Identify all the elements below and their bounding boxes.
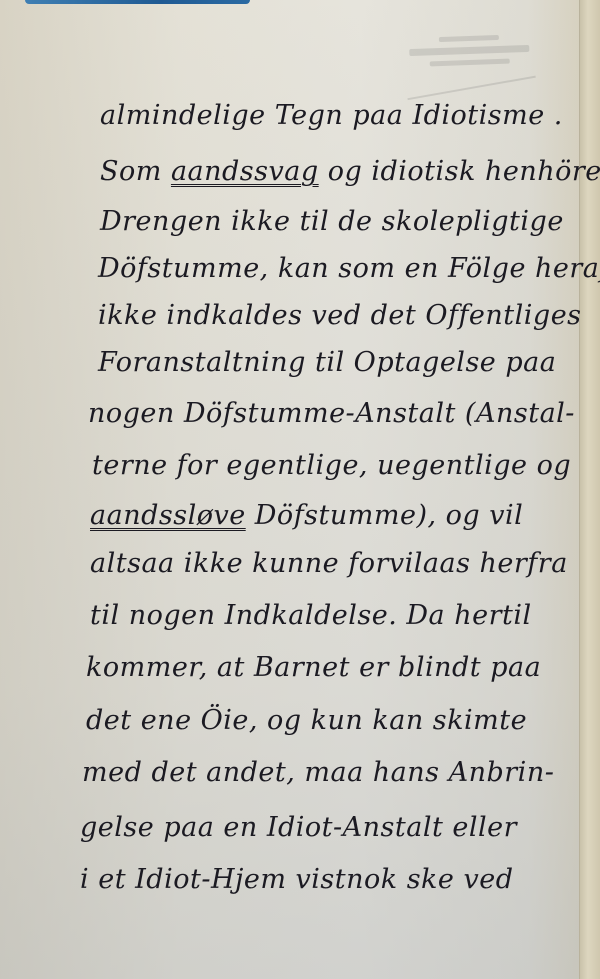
- manuscript-line-13: det ene Öie, og kun kan skimte: [86, 705, 527, 736]
- line-text: terne for egentlige, uegentlige og: [92, 450, 571, 481]
- line-text: Drengen ikke til de skolepligtige: [100, 206, 564, 237]
- line-text: i et Idiot-Hjem vistnok ske ved: [80, 864, 514, 895]
- manuscript-line-5: ikke indkaldes ved det Offentliges: [98, 300, 582, 331]
- line-text: Döfstumme), og vil: [246, 500, 524, 531]
- line-text: det ene Öie, og kun kan skimte: [86, 705, 527, 736]
- line-text: med det andet, maa hans Anbrin-: [82, 757, 554, 788]
- manuscript-line-16: i et Idiot-Hjem vistnok ske ved: [80, 864, 514, 895]
- manuscript-line-7: nogen Döfstumme-Anstalt (Anstal-: [88, 398, 575, 429]
- manuscript-line-6: Foranstaltning til Optagelse paa: [98, 347, 556, 378]
- underlined-word: aandssvag: [171, 156, 319, 187]
- line-text: almindelige Tegn paa Idiotisme .: [100, 100, 563, 131]
- manuscript-line-12: kommer, at Barnet er blindt paa: [86, 652, 541, 683]
- manuscript-line-10: altsaa ikke kunne forvilaas herfra: [90, 548, 568, 579]
- manuscript-line-3: Drengen ikke til de skolepligtige: [100, 206, 564, 237]
- manuscript-line-2: Som aandssvag og idiotisk henhöre: [100, 156, 600, 187]
- manuscript-line-1: almindelige Tegn paa Idiotisme .: [100, 100, 563, 131]
- line-text: nogen Döfstumme-Anstalt (Anstal-: [88, 398, 575, 429]
- line-text: altsaa ikke kunne forvilaas herfra: [90, 548, 568, 579]
- line-text: og idiotisk henhöre: [319, 156, 600, 187]
- line-text: gelse paa en Idiot-Anstalt eller: [80, 812, 517, 843]
- manuscript-line-11: til nogen Indkaldelse. Da hertil: [90, 600, 532, 631]
- manuscript-line-15: gelse paa en Idiot-Anstalt eller: [80, 812, 517, 843]
- line-text: kommer, at Barnet er blindt paa: [86, 652, 541, 683]
- line-text: Döfstumme, kan som en Fölge heraf: [98, 253, 600, 284]
- line-text: ikke indkaldes ved det Offentliges: [98, 300, 582, 331]
- line-text: Foranstaltning til Optagelse paa: [98, 347, 556, 378]
- manuscript-line-14: med det andet, maa hans Anbrin-: [82, 757, 554, 788]
- manuscript-line-9: aandssløve Döfstumme), og vil: [90, 500, 523, 531]
- line-text: Som: [100, 156, 171, 187]
- manuscript-line-4: Döfstumme, kan som en Fölge heraf: [98, 253, 600, 284]
- manuscript-line-8: terne for egentlige, uegentlige og: [92, 450, 571, 481]
- underlined-word: aandssløve: [90, 500, 246, 531]
- handwritten-text: almindelige Tegn paa Idiotisme . Som aan…: [0, 0, 600, 979]
- line-text: til nogen Indkaldelse. Da hertil: [90, 600, 532, 631]
